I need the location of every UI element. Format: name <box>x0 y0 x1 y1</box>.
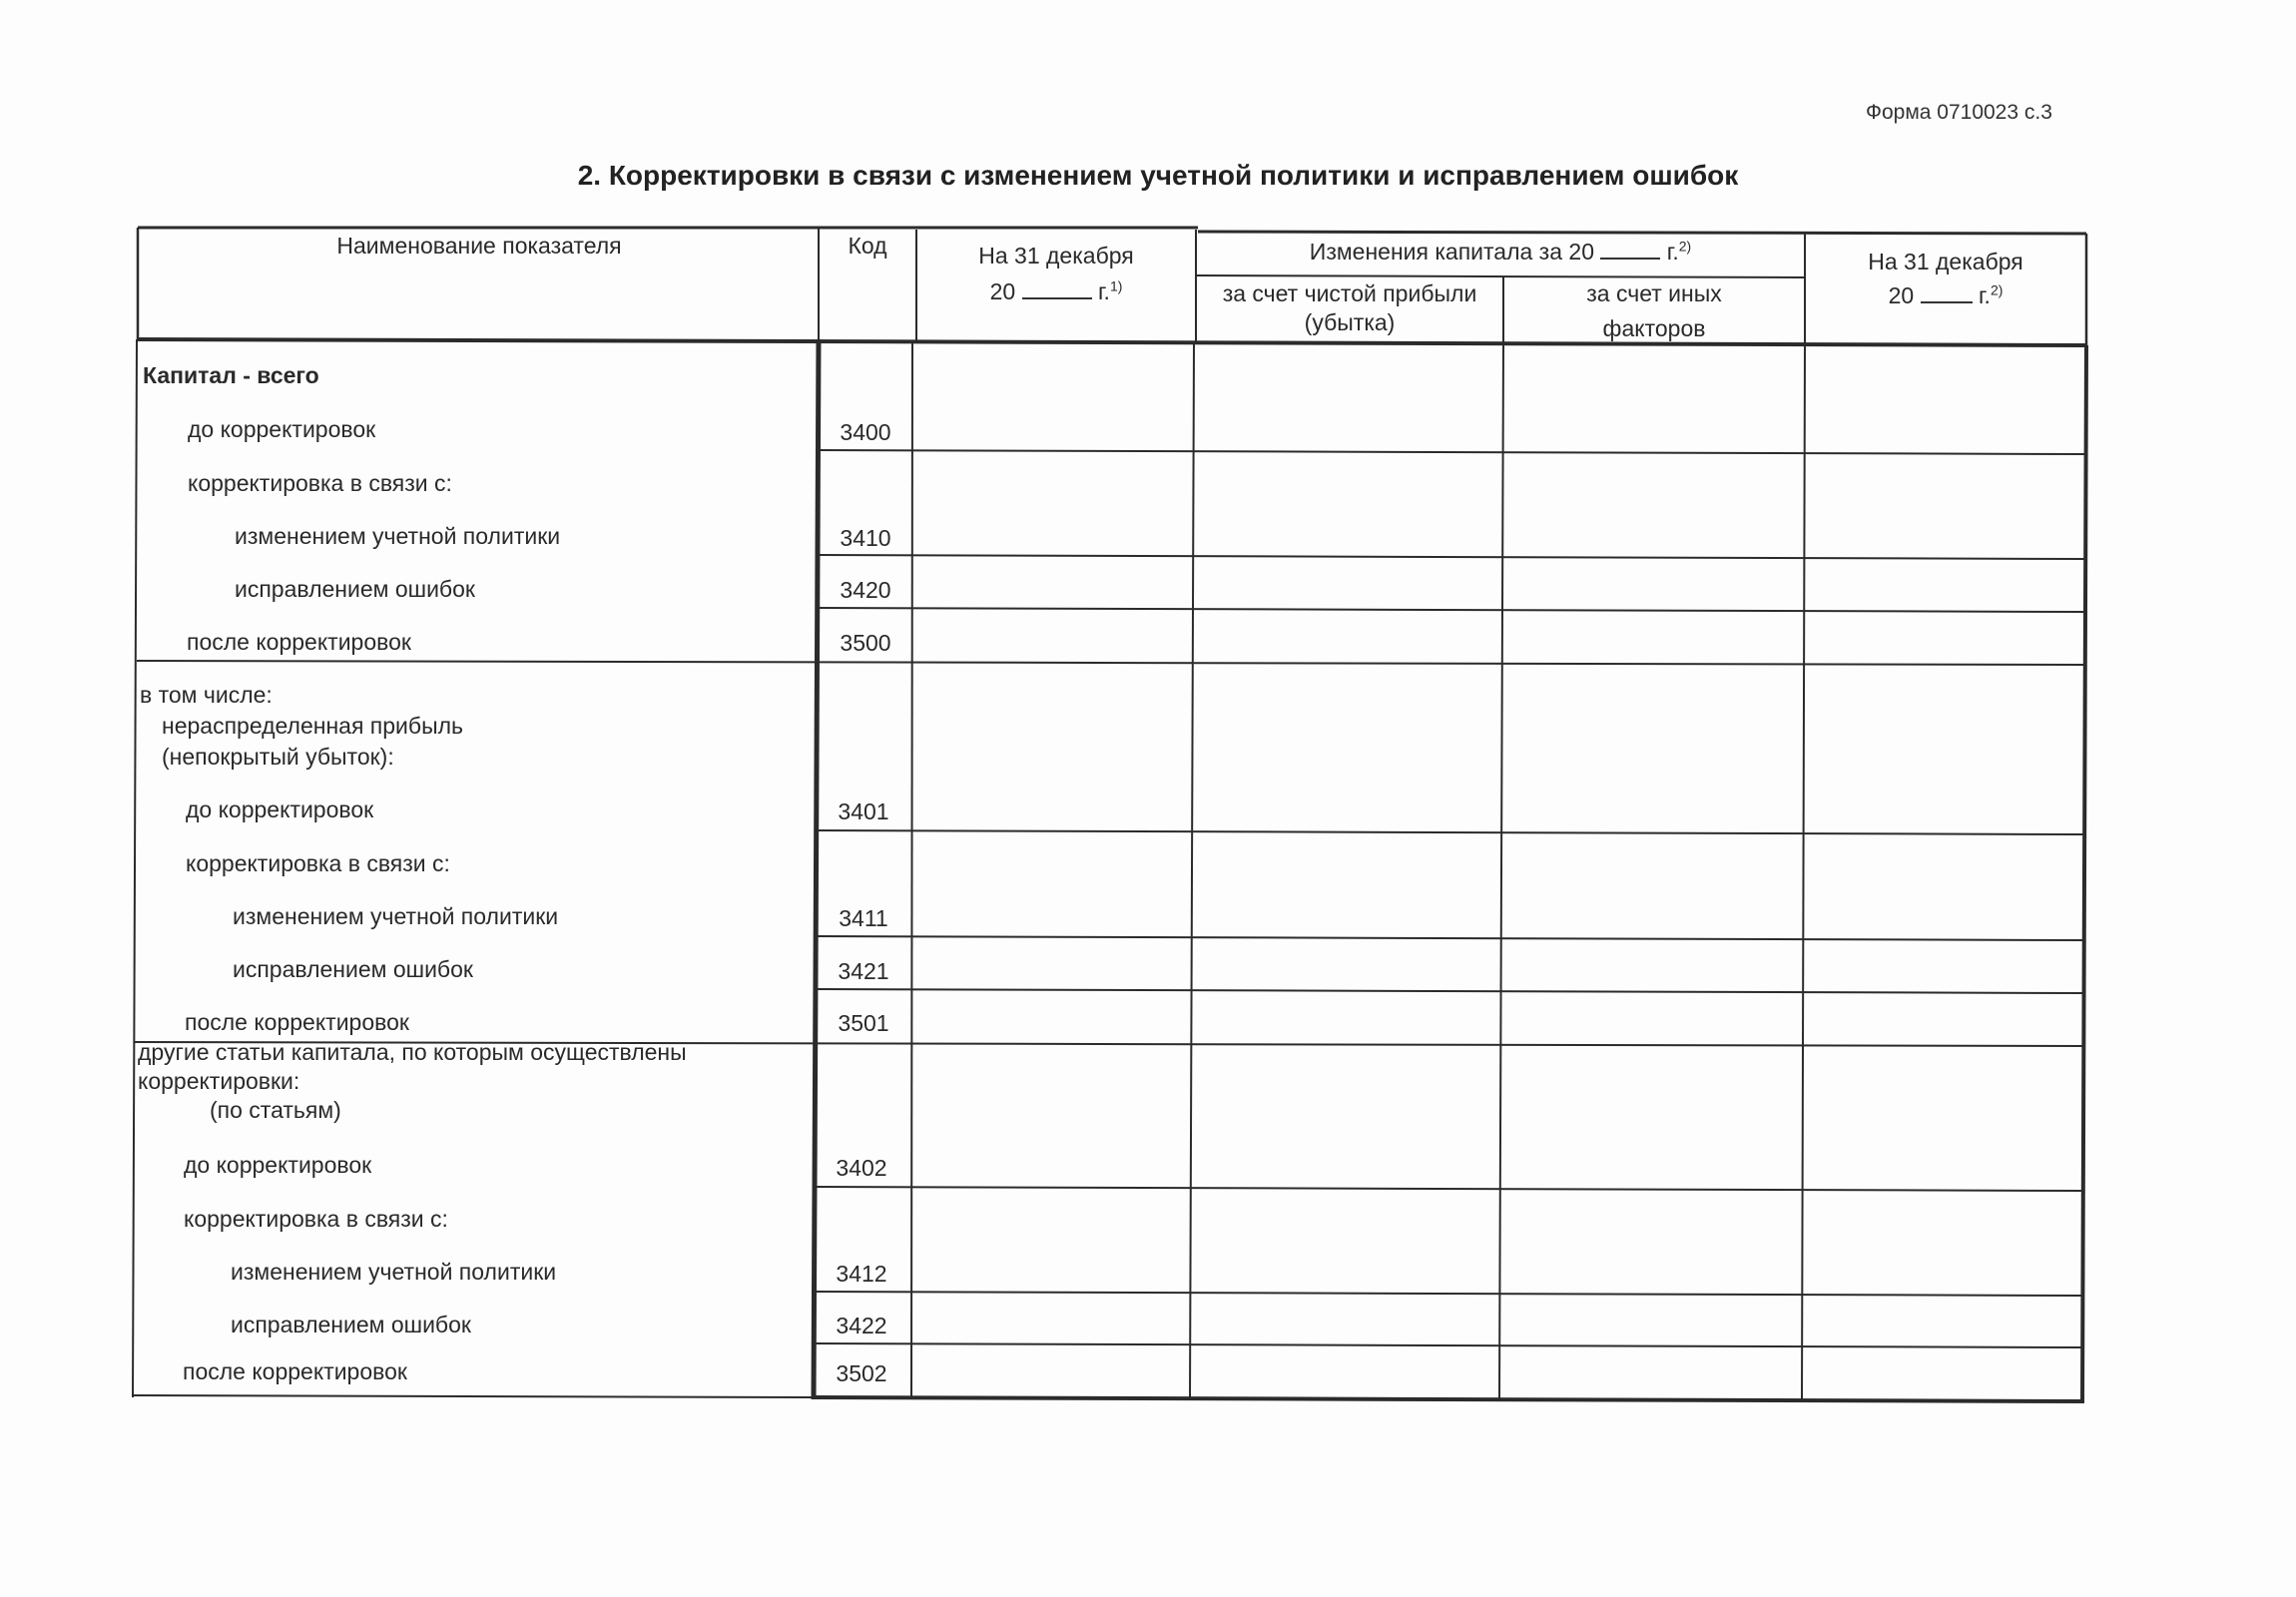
row-code: 3500 <box>817 630 914 657</box>
value-cell[interactable] <box>1805 1345 2084 1399</box>
header-indicator-name: Наименование показателя <box>140 232 819 261</box>
header-changes-suffix: г. <box>1667 239 1679 265</box>
header-col2: за счет чистой прибыли (убытка) <box>1196 279 1503 337</box>
row-label: изменением учетной политики <box>231 1258 556 1287</box>
row-label: изменением учетной политики <box>233 902 558 931</box>
value-cell[interactable] <box>1805 990 2084 1044</box>
value-cell[interactable] <box>916 1345 1194 1399</box>
section-heading: Капитал - всего <box>143 361 319 390</box>
form-number: Форма 0710023 с.3 <box>1866 101 2052 125</box>
value-cell[interactable] <box>1196 663 1503 832</box>
value-cell[interactable] <box>1503 609 1805 663</box>
value-cell[interactable] <box>1805 609 2084 663</box>
row-code: 3501 <box>815 1010 912 1037</box>
row-label: исправлением ошибок <box>235 575 475 604</box>
value-cell[interactable] <box>916 1044 1194 1189</box>
year-blank <box>1600 257 1660 260</box>
value-cell[interactable] <box>1805 663 2084 832</box>
value-cell[interactable] <box>1503 1044 1805 1189</box>
value-cell[interactable] <box>916 555 1194 609</box>
header-col2-line1: за счет чистой прибыли <box>1196 279 1503 308</box>
header-col1-year-prefix: 20 <box>990 278 1016 304</box>
section-heading-line: (непокрытый убыток): <box>140 743 463 772</box>
value-cell[interactable] <box>1196 1292 1503 1345</box>
row-code: 3402 <box>813 1155 910 1182</box>
row-label: до корректировок <box>188 415 375 444</box>
row-label: исправлением ошибок <box>233 955 473 984</box>
value-cell[interactable] <box>1503 663 1805 832</box>
header-col1-suffix: г. <box>1098 278 1110 304</box>
section-heading: в том числе: нераспределенная прибыль (н… <box>140 681 463 771</box>
value-cell[interactable] <box>916 936 1194 990</box>
row-code: 3502 <box>813 1360 910 1387</box>
year-blank <box>1022 296 1092 299</box>
header-col2-line2: (убытка) <box>1196 308 1503 337</box>
header-col3: за счет иных факторов <box>1503 279 1805 343</box>
section-heading-line: (по статьям) <box>138 1096 687 1125</box>
section-heading: другие статьи капитала, по которым осуще… <box>138 1038 687 1124</box>
footnote-1: 1) <box>1110 277 1122 293</box>
section-heading-line: нераспределенная прибыль <box>140 712 463 741</box>
value-cell[interactable] <box>1196 936 1503 990</box>
value-cell[interactable] <box>1196 555 1503 609</box>
value-cell[interactable] <box>1503 1345 1805 1399</box>
row-code: 3412 <box>813 1261 910 1288</box>
row-code: 3411 <box>815 905 912 932</box>
value-cell[interactable] <box>1503 1292 1805 1345</box>
section-heading-line: другие статьи капитала, по которым осуще… <box>138 1038 687 1067</box>
header-col4-line2: 20 г.2) <box>1805 281 2086 310</box>
row-label: исправлением ошибок <box>231 1311 471 1339</box>
header-changes-group: Изменения капитала за 20 г.2) <box>1196 238 1805 266</box>
value-cell[interactable] <box>1805 1044 2084 1189</box>
value-cell[interactable] <box>1805 936 2084 990</box>
value-cell[interactable] <box>916 1292 1194 1345</box>
year-blank <box>1921 300 1973 303</box>
row-label: до корректировок <box>186 796 373 824</box>
value-cell[interactable] <box>1503 555 1805 609</box>
value-cell[interactable] <box>916 341 1194 451</box>
value-cell[interactable] <box>1196 1345 1503 1399</box>
section-title: 2. Корректировки в связи с изменением уч… <box>0 160 2296 192</box>
row-code: 3422 <box>813 1313 910 1339</box>
row-label: корректировка в связи с: <box>188 469 452 498</box>
value-cell[interactable] <box>1805 555 2084 609</box>
value-cell[interactable] <box>1196 990 1503 1044</box>
header-changes-label: Изменения капитала за 20 <box>1310 239 1594 265</box>
value-cell[interactable] <box>916 663 1194 832</box>
row-code: 3400 <box>817 419 914 446</box>
header-col1-line1: На 31 декабря <box>916 242 1196 270</box>
header-col4-suffix: г. <box>1979 282 1991 308</box>
row-label: после корректировок <box>183 1357 407 1386</box>
header-code: Код <box>819 232 916 261</box>
value-cell[interactable] <box>1196 341 1503 451</box>
row-code: 3410 <box>817 525 914 552</box>
row-code: 3421 <box>815 958 912 985</box>
value-cell[interactable] <box>916 990 1194 1044</box>
footnote-2: 2) <box>1679 238 1691 254</box>
value-cell[interactable] <box>1805 341 2084 451</box>
row-label: до корректировок <box>184 1151 371 1180</box>
row-code: 3401 <box>815 798 912 825</box>
value-cell[interactable] <box>1196 1044 1503 1189</box>
header-col4-year-prefix: 20 <box>1889 282 1915 308</box>
section-heading-line: в том числе: <box>140 681 463 710</box>
header-col3-line2: факторов <box>1503 314 1805 343</box>
header-col4-line1: На 31 декабря <box>1805 248 2086 276</box>
value-cell[interactable] <box>1503 341 1805 451</box>
section-heading-line: корректировки: <box>138 1067 687 1096</box>
row-label: корректировка в связи с: <box>186 849 450 878</box>
value-cell[interactable] <box>1503 936 1805 990</box>
value-cell[interactable] <box>1196 609 1503 663</box>
header-col3-line1: за счет иных <box>1503 279 1805 308</box>
row-label: изменением учетной политики <box>235 522 560 551</box>
row-label: после корректировок <box>187 628 411 657</box>
row-label: после корректировок <box>185 1008 409 1037</box>
header-col1-line2: 20 г.1) <box>916 277 1196 306</box>
row-code: 3420 <box>817 577 914 604</box>
footnote-2: 2) <box>1991 281 2003 297</box>
value-cell[interactable] <box>1805 1292 2084 1345</box>
value-cell[interactable] <box>916 609 1194 663</box>
value-cell[interactable] <box>1503 990 1805 1044</box>
row-label: корректировка в связи с: <box>184 1205 448 1234</box>
